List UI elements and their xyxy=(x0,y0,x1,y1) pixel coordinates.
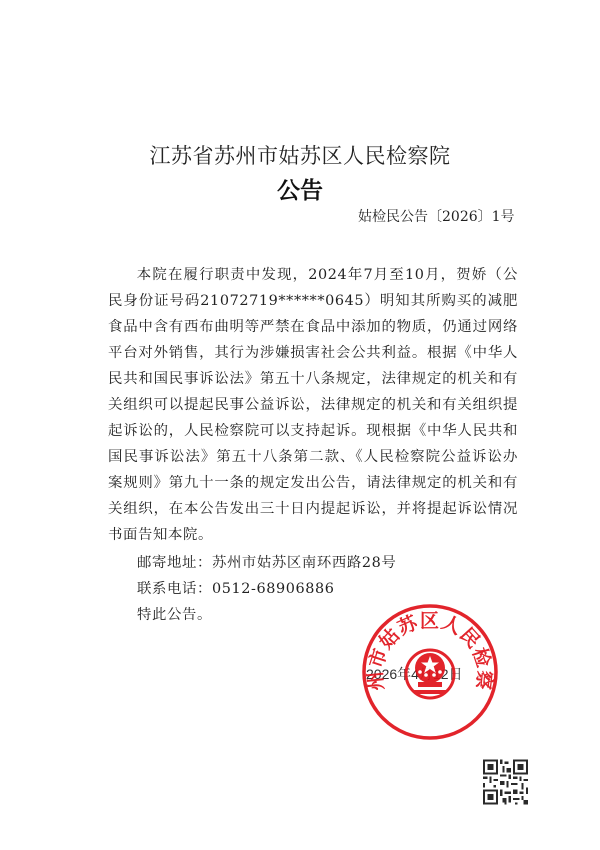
qr-code-icon xyxy=(483,757,528,807)
announcement-body: 本院在履行职责中发现，2024年7月至10月，贺娇（公民身份证号码2107271… xyxy=(108,262,518,548)
national-emblem-icon xyxy=(406,650,454,698)
official-seal-icon: 苏州市姑苏区人民检察院 xyxy=(360,602,500,742)
mailing-address: 邮寄地址：苏州市姑苏区南环西路28号 xyxy=(137,551,396,572)
document-number: 姑检民公告〔2026〕1号 xyxy=(358,206,515,226)
closing-statement: 特此公告。 xyxy=(137,603,212,624)
document-title: 公告 xyxy=(0,172,600,205)
issuing-organization: 江苏省苏州市姑苏区人民检察院 xyxy=(0,140,600,170)
contact-phone: 联系电话：0512-68906886 xyxy=(137,577,335,598)
